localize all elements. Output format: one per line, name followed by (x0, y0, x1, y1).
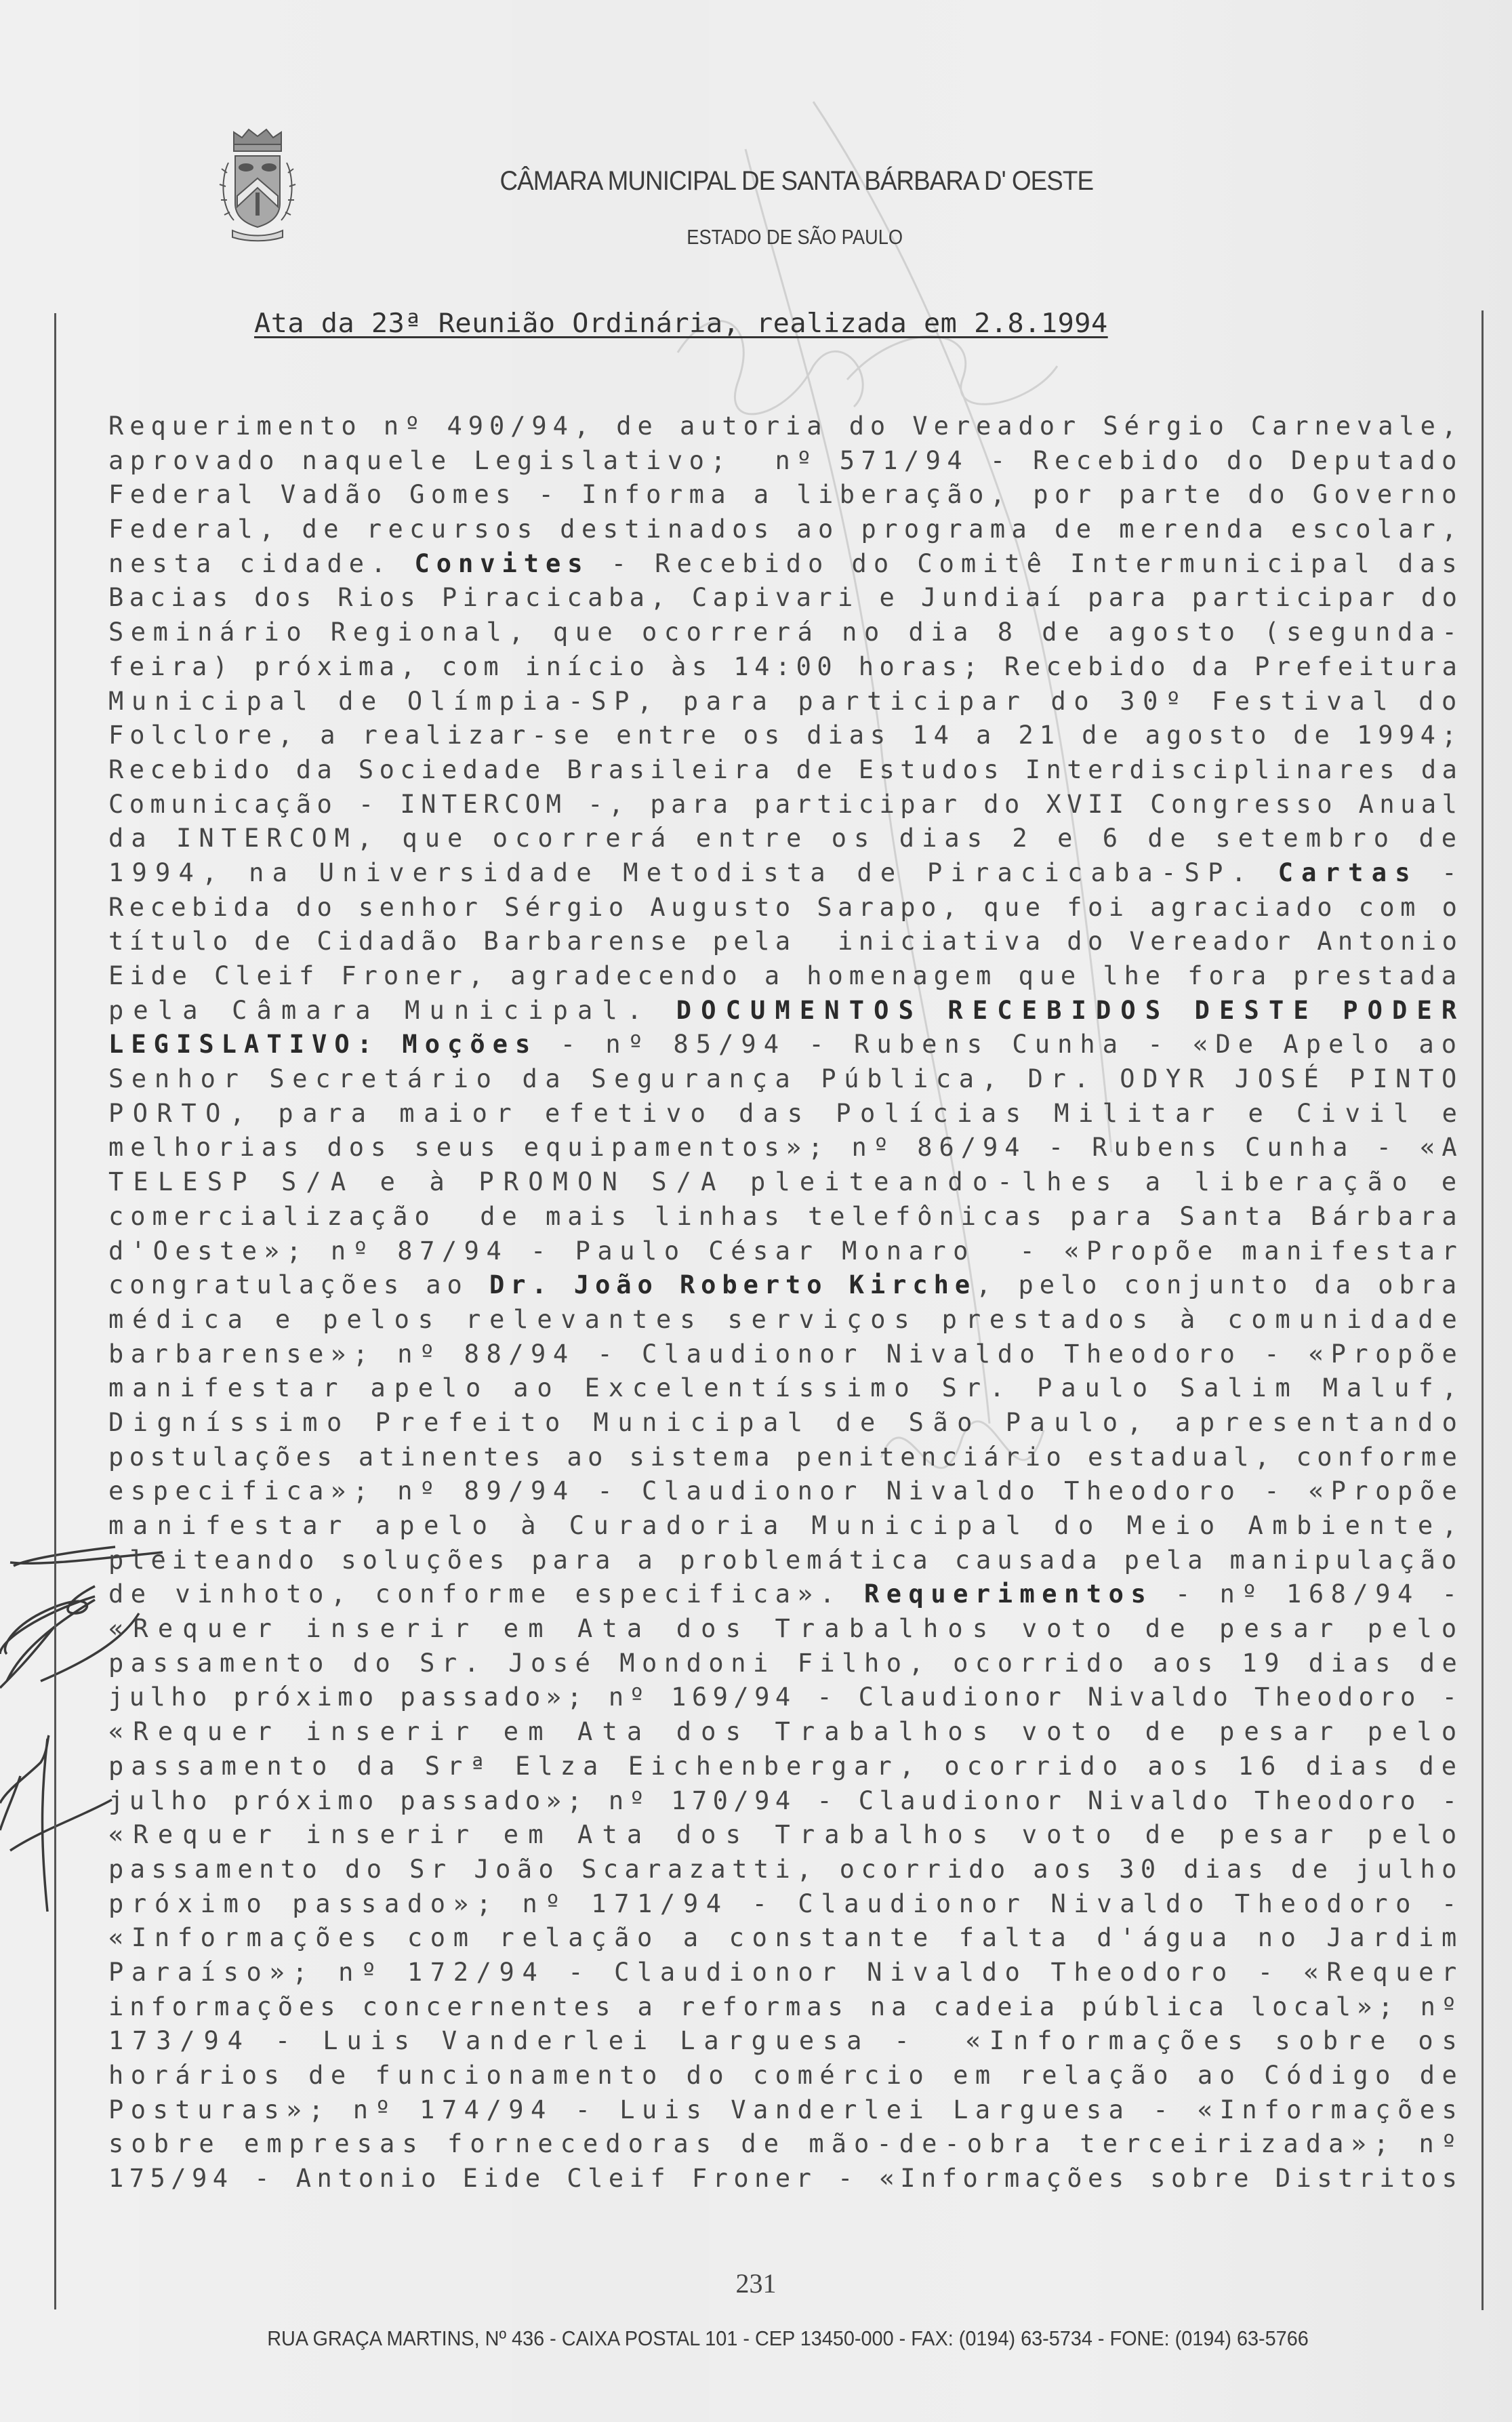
text-line: título de Cidadão Barbarense pela inicia… (108, 925, 1457, 959)
text-line: Digníssimo Prefeito Municipal de São Pau… (108, 1406, 1457, 1440)
text-run: aprovado naquele Legislativo; nº 571/94 … (108, 446, 1463, 475)
text-run: «Requer inserir em Ata dos Trabalhos vot… (108, 1717, 1466, 1746)
text-line: pleiteando soluções para a problemática … (108, 1543, 1457, 1578)
text-run: pleiteando soluções para a problemática … (108, 1546, 1463, 1575)
text-line: Folclore, a realizar-se entre os dias 14… (108, 719, 1457, 753)
bold-heading: Dr. João Roberto Kirche (489, 1270, 976, 1299)
text-run: Federal, de recursos destinados ao progr… (108, 514, 1463, 544)
text-run: - Recebido do Comitê Intermunicipal das (590, 549, 1464, 578)
text-line: aprovado naquele Legislativo; nº 571/94 … (108, 444, 1457, 479)
text-run: sobre empresas fornecedoras de mão-de-ob… (108, 2129, 1464, 2158)
text-run: Bacias dos Rios Piracicaba, Capivari e J… (108, 583, 1463, 612)
text-run: pela Câmara Municipal. (108, 996, 676, 1025)
text-line: da INTERCOM, que ocorrerá entre os dias … (108, 822, 1457, 856)
bold-heading: Requerimentos (864, 1579, 1153, 1609)
text-line: julho próximo passado»; nº 169/94 - Clau… (108, 1680, 1457, 1715)
text-line: 175/94 - Antonio Eide Cleif Froner - «In… (108, 2162, 1457, 2196)
text-run: julho próximo passado»; nº 170/94 - Clau… (108, 1786, 1463, 1815)
text-run: Requerimento nº 490/94, de autoria do Ve… (108, 411, 1463, 441)
text-run: Eide Cleif Froner, agradecendo a homenag… (108, 961, 1463, 990)
text-line: Recebida do senhor Sérgio Augusto Sarapo… (108, 891, 1457, 925)
text-line: Seminário Regional, que ocorrerá no dia … (108, 615, 1457, 650)
text-run: manifestar apelo ao Excelentíssimo Sr. P… (108, 1373, 1466, 1402)
text-run: melhorias dos seus equipamentos»; nº 86/… (108, 1133, 1464, 1162)
text-line: Recebido da Sociedade Brasileira de Estu… (108, 753, 1457, 788)
text-run: Recebida do senhor Sérgio Augusto Sarapo… (108, 893, 1463, 922)
text-line: d'Oeste»; nº 87/94 - Paulo César Monaro … (108, 1234, 1457, 1269)
text-run: , pelo conjunto da obra (976, 1270, 1463, 1299)
text-line: de vinhoto, conforme especifica». Requer… (108, 1577, 1457, 1612)
text-run: PORTO, para maior efetivo das Polícias M… (108, 1099, 1466, 1128)
text-line: passamento do Sr João Scarazatti, ocorri… (108, 1853, 1457, 1887)
text-line: feira) próxima, com início às 14:00 hora… (108, 650, 1457, 685)
text-run: - nº 85/94 - Rubens Cunha - «De Apelo ao (537, 1030, 1464, 1059)
text-line: postulações atinentes ao sistema peniten… (108, 1440, 1457, 1475)
text-line: Eide Cleif Froner, agradecendo a homenag… (108, 959, 1457, 994)
text-run: «Informações com relação a constante fal… (108, 1923, 1465, 1952)
text-line: passamento do Sr. José Mondoni Filho, oc… (108, 1647, 1457, 1681)
text-run: julho próximo passado»; nº 169/94 - Clau… (108, 1682, 1463, 1712)
text-line: médica e pelos relevantes serviços prest… (108, 1303, 1457, 1337)
text-line: sobre empresas fornecedoras de mão-de-ob… (108, 2127, 1457, 2162)
text-line: informações concernentes a reformas na c… (108, 1990, 1457, 2025)
footer-address: RUA GRAÇA MARTINS, Nº 436 - CAIXA POSTAL… (121, 2326, 1454, 2351)
text-line: TELESP S/A e à PROMON S/A pleiteando-lhe… (108, 1165, 1457, 1200)
text-run: Digníssimo Prefeito Municipal de São Pau… (108, 1408, 1466, 1437)
text-run: 1994, na Universidade Metodista de Pirac… (108, 858, 1278, 887)
text-line: comercialização de mais linhas telefônic… (108, 1200, 1457, 1234)
left-margin-rule (54, 313, 56, 2309)
text-run: horários de funcionamento do comércio em… (108, 2061, 1464, 2090)
text-run: Municipal de Olímpia-SP, para participar… (108, 687, 1465, 716)
text-run: congratulações ao (108, 1270, 489, 1299)
text-line: passamento da Srª Elza Eichenbergar, oco… (108, 1750, 1457, 1784)
text-run: «Requer inserir em Ata dos Trabalhos vot… (108, 1820, 1466, 1849)
text-line: horários de funcionamento do comércio em… (108, 2059, 1457, 2093)
text-line: Posturas»; nº 174/94 - Luis Vanderlei La… (108, 2093, 1457, 2128)
text-run: feira) próxima, com início às 14:00 hora… (108, 652, 1463, 681)
text-line: manifestar apelo ao Excelentíssimo Sr. P… (108, 1371, 1457, 1406)
document-title: Ata da 23ª Reunião Ordinária, realizada … (254, 308, 1108, 339)
text-run: barbarense»; nº 88/94 - Claudionor Nival… (108, 1339, 1464, 1369)
text-run: passamento do Sr. José Mondoni Filho, oc… (108, 1649, 1464, 1678)
text-line: Comunicação - INTERCOM -, para participa… (108, 788, 1457, 822)
text-line: 173/94 - Luis Vanderlei Larguesa - «Info… (108, 2024, 1457, 2059)
text-line: «Requer inserir em Ata dos Trabalhos vot… (108, 1612, 1457, 1647)
text-line: Requerimento nº 490/94, de autoria do Ve… (108, 409, 1457, 444)
text-run: nesta cidade. (108, 549, 415, 578)
bold-heading: LEGISLATIVO: Moções (108, 1030, 537, 1059)
text-line: manifestar apelo à Curadoria Municipal d… (108, 1509, 1457, 1543)
text-line: barbarense»; nº 88/94 - Claudionor Nival… (108, 1337, 1457, 1372)
text-line: especifica»; nº 89/94 - Claudionor Nival… (108, 1474, 1457, 1509)
text-line: pela Câmara Municipal. DOCUMENTOS RECEBI… (108, 994, 1457, 1028)
text-run: Comunicação - INTERCOM -, para participa… (108, 790, 1463, 819)
text-run: passamento do Sr João Scarazatti, ocorri… (108, 1855, 1463, 1884)
bold-heading: Cartas (1278, 858, 1418, 887)
text-line: Federal, de recursos destinados ao progr… (108, 512, 1457, 547)
text-line: PORTO, para maior efetivo das Polícias M… (108, 1097, 1457, 1131)
text-line: Municipal de Olímpia-SP, para participar… (108, 685, 1457, 719)
minutes-body-text: Requerimento nº 490/94, de autoria do Ve… (108, 409, 1457, 2196)
text-run: - (1418, 858, 1465, 887)
text-run: TELESP S/A e à PROMON S/A pleiteando-lhe… (108, 1167, 1466, 1196)
text-run: - nº 168/94 - (1153, 1579, 1464, 1609)
text-line: Federal Vadão Gomes - Informa a liberaçã… (108, 478, 1457, 512)
text-line: próximo passado»; nº 171/94 - Claudionor… (108, 1887, 1457, 1922)
page-number: 231 (0, 2267, 1512, 2299)
text-run: manifestar apelo à Curadoria Municipal d… (108, 1511, 1466, 1540)
text-line: Senhor Secretário da Segurança Pública, … (108, 1062, 1457, 1097)
text-line: «Requer inserir em Ata dos Trabalhos vot… (108, 1715, 1457, 1750)
right-margin-rule (1482, 310, 1484, 2310)
text-run: de vinhoto, conforme especifica». (108, 1579, 864, 1609)
text-run: passamento da Srª Elza Eichenbergar, oco… (108, 1752, 1464, 1781)
text-run: médica e pelos relevantes serviços prest… (108, 1305, 1466, 1334)
text-run: «Requer inserir em Ata dos Trabalhos vot… (108, 1614, 1466, 1643)
text-run: Folclore, a realizar-se entre os dias 14… (108, 721, 1463, 750)
text-line: «Requer inserir em Ata dos Trabalhos vot… (108, 1818, 1457, 1853)
text-line: «Informações com relação a constante fal… (108, 1921, 1457, 1956)
bold-heading: Convites (415, 549, 590, 578)
text-run: 175/94 - Antonio Eide Cleif Froner - «In… (108, 2164, 1463, 2193)
text-run: d'Oeste»; nº 87/94 - Paulo César Monaro … (108, 1236, 1464, 1266)
text-run: título de Cidadão Barbarense pela inicia… (108, 927, 1463, 956)
text-line: Paraíso»; nº 172/94 - Claudionor Nivaldo… (108, 1956, 1457, 1990)
text-run: informações concernentes a reformas na c… (108, 1992, 1463, 2021)
text-line: 1994, na Universidade Metodista de Pirac… (108, 856, 1457, 891)
text-run: Posturas»; nº 174/94 - Luis Vanderlei La… (108, 2095, 1464, 2124)
text-run: Recebido da Sociedade Brasileira de Estu… (108, 755, 1463, 784)
text-run: especifica»; nº 89/94 - Claudionor Nival… (108, 1476, 1464, 1506)
text-run: Senhor Secretário da Segurança Pública, … (108, 1064, 1465, 1093)
text-line: julho próximo passado»; nº 170/94 - Clau… (108, 1784, 1457, 1819)
text-run: comercialização de mais linhas telefônic… (108, 1202, 1464, 1231)
institution-name: CÂMARA MUNICIPAL DE SANTA BÁRBARA D' OES… (60, 166, 1452, 197)
bold-heading: DOCUMENTOS RECEBIDOS DESTE PODER (676, 996, 1467, 1025)
text-run: Seminário Regional, que ocorrerá no dia … (108, 618, 1464, 647)
text-run: postulações atinentes ao sistema peniten… (108, 1442, 1463, 1472)
text-run: Federal Vadão Gomes - Informa a liberaçã… (108, 480, 1463, 509)
text-line: congratulações ao Dr. João Roberto Kirch… (108, 1268, 1457, 1303)
text-run: 173/94 - Luis Vanderlei Larguesa - «Info… (108, 2026, 1466, 2055)
text-run: da INTERCOM, que ocorrerá entre os dias … (108, 824, 1464, 853)
text-line: nesta cidade. Convites - Recebido do Com… (108, 547, 1457, 582)
text-line: LEGISLATIVO: Moções - nº 85/94 - Rubens … (108, 1028, 1457, 1062)
text-line: Bacias dos Rios Piracicaba, Capivari e J… (108, 581, 1457, 615)
text-run: Paraíso»; nº 172/94 - Claudionor Nivaldo… (108, 1958, 1465, 1987)
text-line: melhorias dos seus equipamentos»; nº 86/… (108, 1131, 1457, 1165)
text-run: próximo passado»; nº 171/94 - Claudionor… (108, 1889, 1465, 1918)
state-name: ESTADO DE SÃO PAULO (91, 225, 1421, 249)
